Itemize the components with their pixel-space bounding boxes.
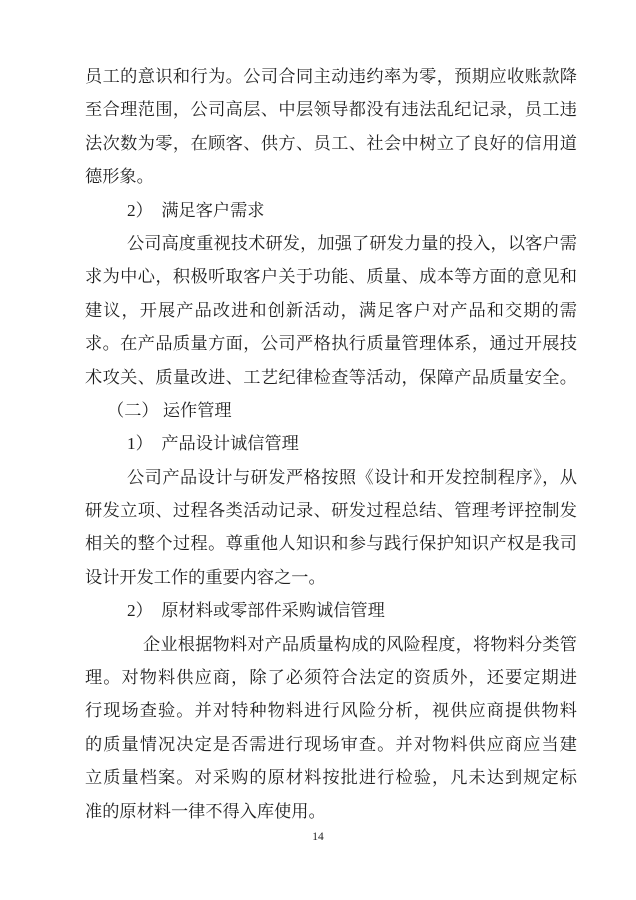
item-heading: 2） 满足客户需求: [85, 194, 577, 227]
body-line: 准的原材料一律不得入库使用。: [85, 795, 577, 828]
body-line: 求。在产品质量方面，公司严格执行质量管理体系，通过开展技: [85, 327, 577, 360]
document-page: 员工的意识和行为。公司合同主动违约率为零，预期应收账款降至合理范围，公司高层、中…: [0, 0, 636, 900]
section-heading: （二） 运作管理: [85, 394, 577, 427]
body-line: 相关的整个过程。尊重他人知识和参与践行保护知识产权是我司: [85, 527, 577, 560]
body-line: 的质量情况决定是否需进行现场审查。并对物料供应商应当建: [85, 728, 577, 761]
body-line: 公司高度重视技术研发，加强了研发力量的投入，以客户需: [85, 227, 577, 260]
item-heading: 2） 原材料或零部件采购诚信管理: [85, 594, 577, 627]
body-line: 法次数为零，在顾客、供方、员工、社会中树立了良好的信用道: [85, 127, 577, 160]
body-line: 求为中心，积极听取客户关于功能、质量、成本等方面的意见和: [85, 260, 577, 293]
body-line: 建议，开展产品改进和创新活动，满足客户对产品和交期的需: [85, 294, 577, 327]
body-line: 术攻关、质量改进、工艺纪律检查等活动，保障产品质量安全。: [85, 361, 577, 394]
body-line: 德形象。: [85, 160, 577, 193]
body-line: 企业根据物料对产品质量构成的风险程度，将物料分类管: [85, 628, 577, 661]
body-line: 至合理范围，公司高层、中层领导都没有违法乱纪记录，员工违: [85, 93, 577, 126]
body-line: 公司产品设计与研发严格按照《设计和开发控制程序》，从: [85, 461, 577, 494]
page-number: 14: [0, 827, 636, 847]
item-heading: 1） 产品设计诚信管理: [85, 427, 577, 460]
body-line: 设计开发工作的重要内容之一。: [85, 561, 577, 594]
body-line: 研发立项、过程各类活动记录、研发过程总结、管理考评控制发: [85, 494, 577, 527]
document-text-block: 员工的意识和行为。公司合同主动违约率为零，预期应收账款降至合理范围，公司高层、中…: [85, 60, 577, 828]
body-line: 员工的意识和行为。公司合同主动违约率为零，预期应收账款降: [85, 60, 577, 93]
body-line: 行现场查验。并对特种物料进行风险分析，视供应商提供物料: [85, 694, 577, 727]
body-line: 理。对物料供应商，除了必须符合法定的资质外，还要定期进: [85, 661, 577, 694]
body-line: 立质量档案。对采购的原材料按批进行检验，凡未达到规定标: [85, 761, 577, 794]
